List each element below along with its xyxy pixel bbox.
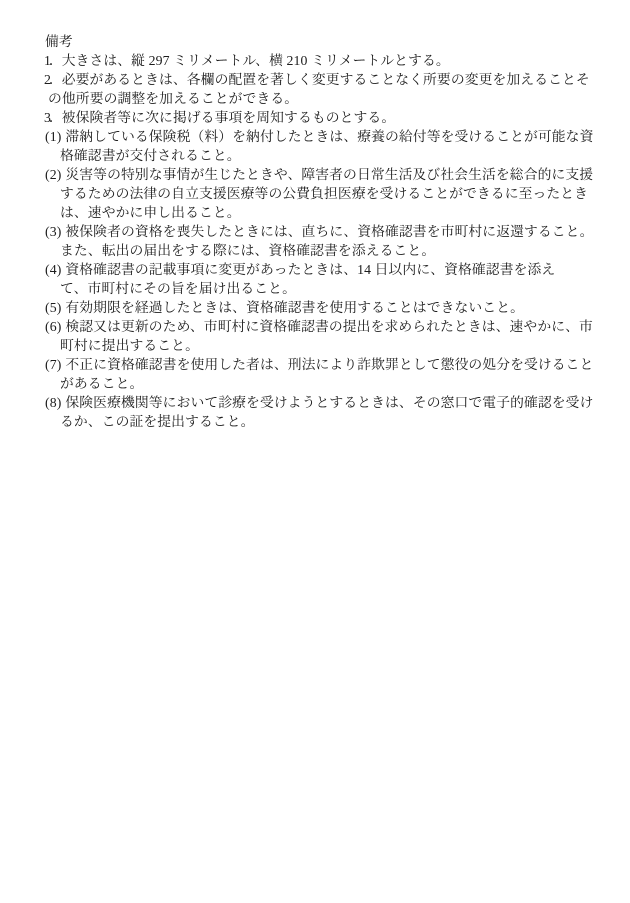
item-text: 検認又は更新のため、市町村に資格確認書の提出を求められたときは、速やかに、市	[65, 319, 593, 334]
sub-item-1: (1)滞納している保険税（料）を納付したときは、療養の給付等を受けることが可能な…	[45, 127, 610, 146]
sub-item-8: (8)保険医療機関等において診療を受けようとするときは、その窓口で電子的確認を受…	[45, 393, 610, 412]
sub-item-7-continuation: があること。	[60, 374, 610, 393]
item-text: 資格確認書の記載事項に変更があったときは、14 日以内に、資格確認書を添え	[65, 262, 555, 277]
sub-item-4-continuation: て、市町村にその旨を届け出ること。	[60, 279, 610, 298]
item-text: があること。	[60, 376, 143, 391]
item-marker: (7)	[45, 355, 61, 374]
sub-item-5: (5)有効期限を経過したときは、資格確認書を使用することはできないこと。	[45, 298, 610, 317]
note-item-1: 1．大きさは、縦 297 ミリメートル、横 210 ミリメートルとする。	[44, 51, 610, 70]
sub-item-6: (6)検認又は更新のため、市町村に資格確認書の提出を求められたときは、速やかに、…	[45, 317, 610, 336]
item-text: の他所要の調整を加えることができる。	[48, 91, 298, 106]
item-text: 被保険者等に次に掲げる事項を周知するものとする。	[62, 110, 396, 125]
sub-item-3-continuation: また、転出の届出をする際には、資格確認書を添えること。	[60, 241, 610, 260]
item-marker: 1．	[44, 51, 61, 70]
item-text: は、速やかに申し出ること。	[60, 205, 241, 220]
sub-item-2-continuation: は、速やかに申し出ること。	[60, 203, 610, 222]
sub-item-2: (2)災害等の特別な事情が生じたときや、障害者の日常生活及び社会生活を総合的に支…	[45, 165, 610, 184]
item-text: 格確認書が交付されること。	[60, 148, 241, 163]
item-text: また、転出の届出をする際には、資格確認書を添えること。	[60, 243, 435, 258]
item-marker: 2．	[44, 70, 61, 89]
item-marker: (6)	[45, 317, 61, 336]
remarks-heading: 備考	[45, 32, 610, 51]
item-text: 有効期限を経過したときは、資格確認書を使用することはできないこと。	[65, 300, 524, 315]
item-text: 必要があるときは、各欄の配置を著しく変更することなく所要の変更を加えることそ	[62, 72, 590, 87]
item-marker: (1)	[45, 127, 61, 146]
item-text: 町村に提出すること。	[60, 338, 199, 353]
item-text: 滞納している保険税（料）を納付したときは、療養の給付等を受けることが可能な資	[65, 129, 593, 144]
sub-item-8-continuation: るか、この証を提出すること。	[60, 412, 610, 431]
item-text: 災害等の特別な事情が生じたときや、障害者の日常生活及び社会生活を総合的に支援	[65, 167, 593, 182]
item-text: 大きさは、縦 297 ミリメートル、横 210 ミリメートルとする。	[62, 53, 450, 68]
item-marker: (3)	[45, 222, 61, 241]
item-text: て、市町村にその旨を届け出ること。	[60, 281, 296, 296]
item-marker: (4)	[45, 260, 61, 279]
item-marker: (5)	[45, 298, 61, 317]
item-text: 不正に資格確認書を使用した者は、刑法により詐欺罪として懲役の処分を受けること	[65, 357, 593, 372]
item-text: 被保険者の資格を喪失したときには、直ちに、資格確認書を市町村に返還すること。	[65, 224, 593, 239]
sub-item-3: (3)被保険者の資格を喪失したときには、直ちに、資格確認書を市町村に返還すること…	[45, 222, 610, 241]
sub-item-2-continuation: するための法律の自立支援医療等の公費負担医療を受けることができるに至ったとき	[60, 184, 610, 203]
note-item-3: 3．被保険者等に次に掲げる事項を周知するものとする。	[44, 108, 610, 127]
item-text: 保険医療機関等において診療を受けようとするときは、その窓口で電子的確認を受け	[65, 395, 593, 410]
item-marker: (2)	[45, 165, 61, 184]
note-item-2: 2．必要があるときは、各欄の配置を著しく変更することなく所要の変更を加えることそ	[44, 70, 610, 89]
item-marker: (8)	[45, 393, 61, 412]
sub-item-7: (7)不正に資格確認書を使用した者は、刑法により詐欺罪として懲役の処分を受けるこ…	[45, 355, 610, 374]
sub-item-4: (4)資格確認書の記載事項に変更があったときは、14 日以内に、資格確認書を添え	[45, 260, 610, 279]
item-text: るか、この証を提出すること。	[60, 414, 255, 429]
remarks-heading-text: 備考	[45, 34, 73, 49]
note-item-2-continuation: の他所要の調整を加えることができる。	[48, 89, 610, 108]
sub-item-6-continuation: 町村に提出すること。	[60, 336, 610, 355]
document-page: 備考 1．大きさは、縦 297 ミリメートル、横 210 ミリメートルとする。 …	[0, 0, 630, 903]
item-marker: 3．	[44, 108, 61, 127]
sub-item-1-continuation: 格確認書が交付されること。	[60, 146, 610, 165]
item-text: するための法律の自立支援医療等の公費負担医療を受けることができるに至ったとき	[60, 186, 588, 201]
